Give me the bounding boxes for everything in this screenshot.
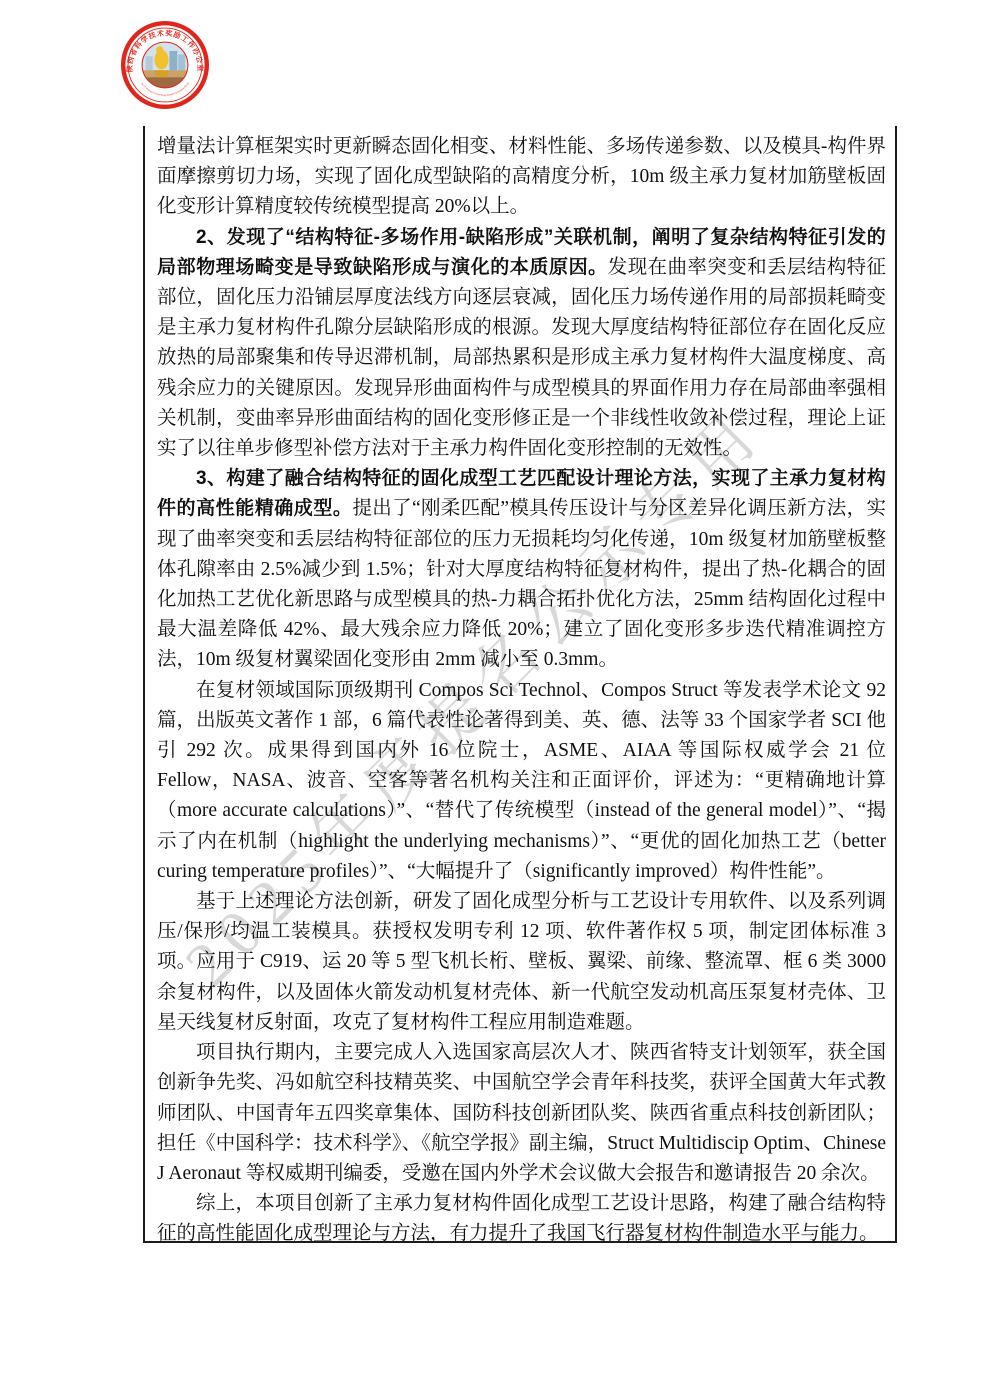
paragraph-honors: 项目执行期内，主要完成人入选国家高层次人才、陕西省特支计划领军，获全国创新争先奖… [157, 1038, 886, 1189]
paragraph-point-2: 2、发现了“结构特征-多场作用-缺陷形成”关联机制，阐明了复杂结构特征引发的局部… [157, 223, 886, 465]
paragraph-body: 项目执行期内，主要完成人入选国家高层次人才、陕西省特支计划领军，获全国创新争先奖… [157, 1042, 886, 1184]
document-text: 增量法计算框架实时更新瞬态固化相变、材料性能、多场传递参数、以及模具-构件界面摩… [157, 132, 886, 1250]
paragraph-point-3: 3、构建了融合结构特征的固化成型工艺匹配设计理论方法，实现了主承力复材构件的高性… [157, 464, 886, 675]
organization-seal: 陕西省科学技术奖励工作办公室 Office Of Science & Techn… [121, 21, 209, 109]
paragraph-applications: 基于上述理论方法创新，研发了固化成型分析与工艺设计专用软件、以及系列调压/保形/… [157, 887, 886, 1038]
paragraph-body: 综上，本项目创新了主承力复材构件固化成型工艺设计思路，构建了融合结构特征的高性能… [157, 1193, 886, 1244]
paragraph-summary: 综上，本项目创新了主承力复材构件固化成型工艺设计思路，构建了融合结构特征的高性能… [157, 1189, 886, 1249]
content-table-cell: 增量法计算框架实时更新瞬态固化相变、材料性能、多场传递参数、以及模具-构件界面摩… [143, 126, 897, 1243]
document-page: 2025年度提名公示专用 [0, 0, 990, 1399]
paragraph-body: 发现在曲率突变和丢层结构特征部位，固化压力沿铺层厚度法线方向逐层衰减，固化压力场… [157, 257, 886, 459]
paragraph-body: 提出了“刚柔匹配”模具传压设计与分区差异化调压新方法，实现了曲率突变和丢层结构特… [157, 498, 886, 670]
paragraph-continuation: 增量法计算框架实时更新瞬态固化相变、材料性能、多场传递参数、以及模具-构件界面摩… [157, 132, 886, 223]
seal-icon: 陕西省科学技术奖励工作办公室 Office Of Science & Techn… [121, 21, 209, 109]
paragraph-body: 基于上述理论方法创新，研发了固化成型分析与工艺设计专用软件、以及系列调压/保形/… [157, 891, 886, 1033]
paragraph-body: 在复材领域国际顶级期刊 Compos Sci Technol、Compos St… [157, 680, 886, 882]
paragraph-body: 增量法计算框架实时更新瞬态固化相变、材料性能、多场传递参数、以及模具-构件界面摩… [157, 136, 886, 217]
paragraph-publications: 在复材领域国际顶级期刊 Compos Sci Technol、Compos St… [157, 676, 886, 887]
